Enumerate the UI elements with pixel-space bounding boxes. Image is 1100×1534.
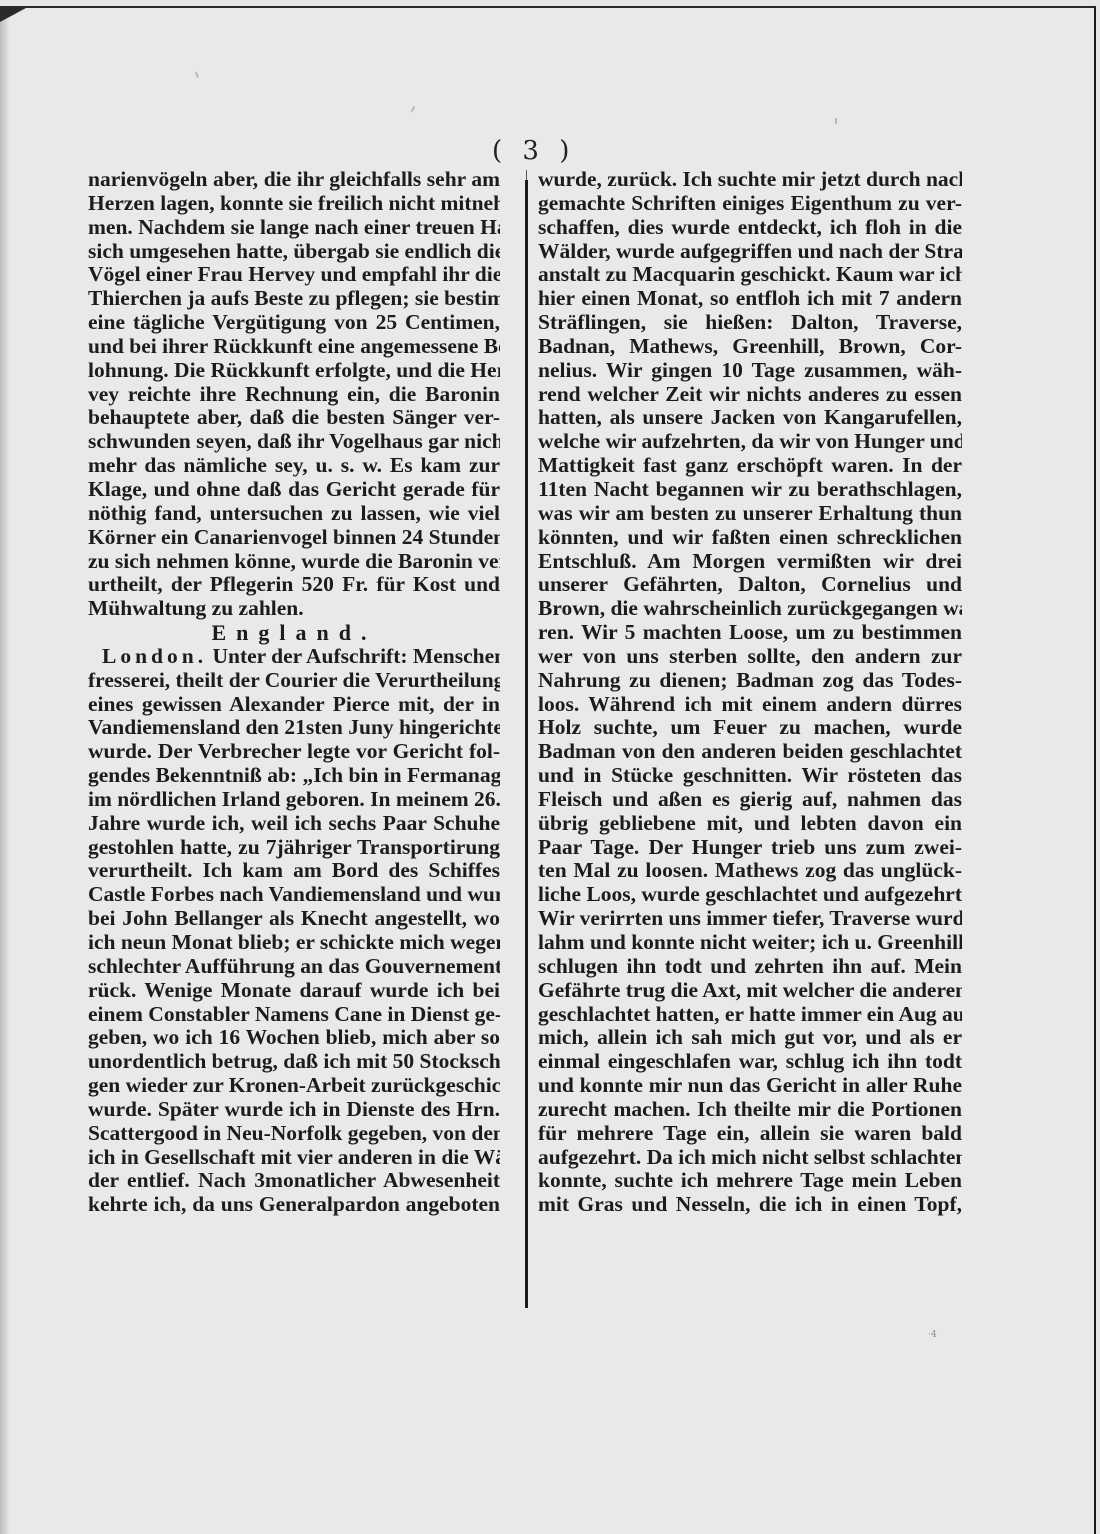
text-line: und in Stücke geschnitten. Wir rösteten … <box>538 764 962 788</box>
text-line: Thierchen ja aufs Beste zu pflegen; sie … <box>88 287 500 311</box>
text-line: mich, allein ich sah mich gut vor, und a… <box>538 1026 962 1050</box>
text-line: könnten, und wir faßten einen schrecklic… <box>538 526 962 550</box>
text-line: liche Loos, wurde geschlachtet und aufge… <box>538 883 962 907</box>
text-line: Klage, und ohne daß das Gericht gerade f… <box>88 478 500 502</box>
text-line: kehrte ich, da uns Generalpardon angebot… <box>88 1193 500 1217</box>
text-line: 11ten Nacht begannen wir zu berathschlag… <box>538 478 962 502</box>
text-line: urtheilt, der Pflegerin 520 Fr. für Kost… <box>88 573 500 597</box>
text-line: Vandiemensland den 21sten Juny hingerich… <box>88 716 500 740</box>
text-line: einem Constabler Namens Cane in Dienst g… <box>88 1003 500 1027</box>
page-shadow-edge <box>0 8 10 1534</box>
text-line: mit Gras und Nesseln, die ich in einen T… <box>538 1193 962 1217</box>
text-line: Wälder, wurde aufgegriffen und nach der … <box>538 240 962 264</box>
text-line: sich umgesehen hatte, übergab sie endlic… <box>88 240 500 264</box>
text-line: wurde. Später wurde ich in Dienste des H… <box>88 1098 500 1122</box>
text-line: unordentlich betrug, daß ich mit 50 Stoc… <box>88 1050 500 1074</box>
text-line: der entlief. Nach 3monatlicher Abwesenhe… <box>88 1169 500 1193</box>
text-line: zu sich nehmen könne, wurde die Baronin … <box>88 550 500 574</box>
text-line: gen wieder zur Kronen-Arbeit zurückgesch… <box>88 1074 500 1098</box>
text-line: Mühwaltung zu zahlen. <box>88 597 500 621</box>
text-line: Entschluß. Am Morgen vermißten wir drei <box>538 550 962 574</box>
text-line: lohnung. Die Rückkunft erfolgte, und die… <box>88 359 500 383</box>
text-line: hier einen Monat, so entfloh ich mit 7 a… <box>538 287 962 311</box>
text-line: nelius. Wir gingen 10 Tage zusammen, wäh… <box>538 359 962 383</box>
text-line: einmal eingeschlafen war, schlug ich ihn… <box>538 1050 962 1074</box>
text-line: Scattergood in Neu-Norfolk gegeben, von … <box>88 1122 500 1146</box>
paper-speck <box>195 72 199 78</box>
text-line: übrig gebliebene mit, und lebten davon e… <box>538 812 962 836</box>
text-line: Nahrung zu dienen; Badman zog das Todes- <box>538 669 962 693</box>
text-line: schlugen ihn todt und zehrten ihn auf. M… <box>538 955 962 979</box>
text-line: Paar Tage. Der Hunger trieb uns zum zwei… <box>538 836 962 860</box>
text-line: zurecht machen. Ich theilte mir die Port… <box>538 1098 962 1122</box>
text-line: und bei ihrer Rückkunft eine angemessene… <box>88 335 500 359</box>
text-line: behauptete aber, daß die besten Sänger v… <box>88 406 500 430</box>
text-line: für mehrere Tage ein, allein sie waren b… <box>538 1122 962 1146</box>
text-line: Mattigkeit fast ganz erschöpft waren. In… <box>538 454 962 478</box>
text-line: bei John Bellanger als Knecht angestellt… <box>88 907 500 931</box>
paper-speck <box>411 106 416 112</box>
text-line: Badman von den anderen beiden geschlacht… <box>538 740 962 764</box>
right-column: wurde, zurück. Ich suchte mir jetzt durc… <box>538 168 962 1217</box>
text-line: geben, wo ich 16 Wochen blieb, mich aber… <box>88 1026 500 1050</box>
text-line: fresserei, theilt der Courier die Verurt… <box>88 669 500 693</box>
text-line: lahm und konnte nicht weiter; ich u. Gre… <box>538 931 962 955</box>
text-line: schlechter Aufführung an das Gouvernemen… <box>88 955 500 979</box>
text-line: hatten, als unsere Jacken von Kangarufel… <box>538 406 962 430</box>
text-line: loos. Während ich mit einem andern dürre… <box>538 693 962 717</box>
text-line: Brown, die wahrscheinlich zurückgegangen… <box>538 597 962 621</box>
text-line: konnte, suchte ich mehrere Tage mein Leb… <box>538 1169 962 1193</box>
text-line: Körner ein Canarienvogel binnen 24 Stund… <box>88 526 500 550</box>
left-column: narienvögeln aber, die ihr gleichfalls s… <box>88 168 500 1217</box>
text-line: rend welcher Zeit wir nichts anderes zu … <box>538 383 962 407</box>
text-line: Fleisch und aßen es gierig auf, nahmen d… <box>538 788 962 812</box>
text-line: men. Nachdem sie lange nach einer treuen… <box>88 216 500 240</box>
text-line: gestohlen hatte, zu 7jähriger Transporti… <box>88 836 500 860</box>
text-line: Badnan, Mathews, Greenhill, Brown, Cor- <box>538 335 962 359</box>
text-line: Herzen lagen, konnte sie freilich nicht … <box>88 192 500 216</box>
text-line: eines gewissen Alexander Pierce mit, der… <box>88 693 500 717</box>
text-line: nöthig fand, untersuchen zu lassen, wie … <box>88 502 500 526</box>
text-line: unserer Gefährten, Dalton, Cornelius und <box>538 573 962 597</box>
page-number: ( 3 ) <box>492 136 575 166</box>
text-line: schaffen, dies wurde entdeckt, ich floh … <box>538 216 962 240</box>
text-line: Jahre wurde ich, weil ich sechs Paar Sch… <box>88 812 500 836</box>
text-line: verurtheilt. Ich kam am Bord des Schiffe… <box>88 859 500 883</box>
text-line: ich in Gesellschaft mit vier anderen in … <box>88 1146 500 1170</box>
scanned-page: ( 3 ) narienvögeln aber, die ihr gleichf… <box>0 6 1096 1534</box>
text-line: wurde, zurück. Ich suchte mir jetzt durc… <box>538 168 962 192</box>
footer-mark: ·4 <box>928 1330 937 1340</box>
text-line: Vögel einer Frau Hervey und empfahl ihr … <box>88 263 500 287</box>
text-line: Gefährte trug die Axt, mit welcher die a… <box>538 979 962 1003</box>
text-line: mehr das nämliche sey, u. s. w. Es kam z… <box>88 454 500 478</box>
text-line: ich neun Monat blieb; er schickte mich w… <box>88 931 500 955</box>
section-heading: England. <box>88 621 500 645</box>
text-line: und konnte mir nun das Gericht in aller … <box>538 1074 962 1098</box>
text-line: vey reichte ihre Rechnung ein, die Baron… <box>88 383 500 407</box>
text-line: gendes Bekenntniß ab: „Ich bin in Ferman… <box>88 764 500 788</box>
text-line: schwunden seyen, daß ihr Vogelhaus gar n… <box>88 430 500 454</box>
text-line: was wir am besten zu unserer Erhaltung t… <box>538 502 962 526</box>
section-first-line: London. Unter der Aufschrift: Menschen- <box>88 645 500 669</box>
text-line: aufgezehrt. Da ich mich nicht selbst sch… <box>538 1146 962 1170</box>
text-line: im nördlichen Irland geboren. In meinem … <box>88 788 500 812</box>
text-line: Castle Forbes nach Vandiemensland und wu… <box>88 883 500 907</box>
text-line: rück. Wenige Monate darauf wurde ich bei <box>88 979 500 1003</box>
paper-speck <box>835 118 837 124</box>
text-line: eine tägliche Vergütigung von 25 Centime… <box>88 311 500 335</box>
text-line: gemachte Schriften einiges Eigenthum zu … <box>538 192 962 216</box>
column-divider-rule <box>525 180 528 1308</box>
text-line: wurde. Der Verbrecher legte vor Gericht … <box>88 740 500 764</box>
dateline-place: London. <box>102 645 207 668</box>
text-line: welche wir aufzehrten, da wir von Hunger… <box>538 430 962 454</box>
text-line: geschlachtet hatten, er hatte immer ein … <box>538 1003 962 1027</box>
text-line: anstalt zu Macquarin geschickt. Kaum war… <box>538 263 962 287</box>
text-line: narienvögeln aber, die ihr gleichfalls s… <box>88 168 500 192</box>
text-line: Sträflingen, sie hießen: Dalton, Travers… <box>538 311 962 335</box>
page-corner-fold <box>0 8 26 22</box>
text-line: ten Mal zu loosen. Mathews zog das unglü… <box>538 859 962 883</box>
text-line: wer von uns sterben sollte, den andern z… <box>538 645 962 669</box>
text-line: ren. Wir 5 machten Loose, um zu bestimme… <box>538 621 962 645</box>
text-fragment: Unter der Aufschrift: Menschen- <box>212 645 500 668</box>
text-line: Holz suchte, um Feuer zu machen, wurde <box>538 716 962 740</box>
text-line: Wir verirrten uns immer tiefer, Traverse… <box>538 907 962 931</box>
